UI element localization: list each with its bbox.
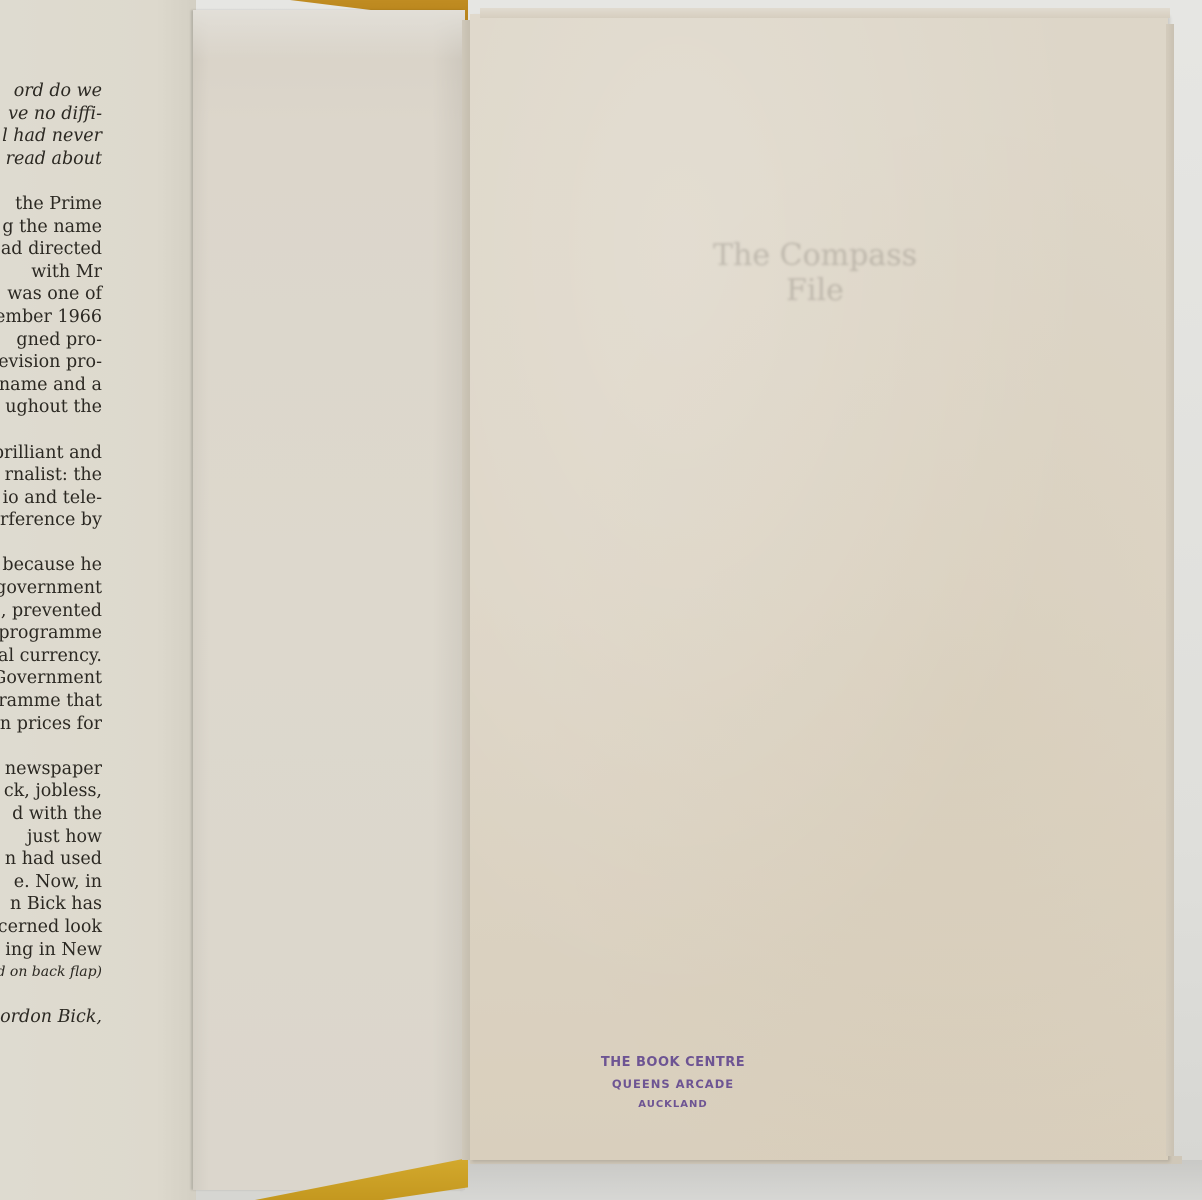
front-endpaper	[193, 10, 465, 1190]
flap-text-line: government	[0, 577, 102, 600]
flap-text-line: rnalist: the	[0, 464, 102, 487]
flap-text-line: g the name	[0, 216, 102, 239]
stamp-line-3: AUCKLAND	[588, 1099, 758, 1117]
flap-text-line: just how	[0, 826, 102, 849]
flap-text-line: ramme that	[0, 690, 102, 713]
faded-title-text: The Compass File	[685, 238, 945, 308]
flap-text-line	[0, 419, 102, 442]
flap-text-line: rference by	[0, 509, 102, 532]
flap-text-line: name and a	[0, 374, 102, 397]
dust-jacket-flap: ord do weve no diffi-l had neverread abo…	[0, 0, 196, 1200]
flap-text-line: e. Now, in	[0, 871, 102, 894]
flap-text-line: l newspaper	[0, 758, 102, 781]
flap-text-line: Government	[0, 667, 102, 690]
stamp-line-1: THE BOOK CENTRE	[588, 1055, 758, 1077]
flap-text-line: ember 1966	[0, 306, 102, 329]
flap-blurb-text: ord do weve no diffi-l had neverread abo…	[0, 80, 102, 1029]
bookseller-stamp: THE BOOK CENTRE QUEENS ARCADE AUCKLAND	[588, 1055, 758, 1117]
flap-text-line: , prevented	[0, 600, 102, 623]
flap-text-line: cerned look	[0, 916, 102, 939]
flap-text-line	[0, 170, 102, 193]
flap-text-line: brilliant and	[0, 442, 102, 465]
flap-text-line: ck, jobless,	[0, 780, 102, 803]
endpaper-top-tone	[193, 10, 465, 60]
flap-text-line: evision pro-	[0, 351, 102, 374]
flap-text-line: ordon Bick,	[0, 1006, 102, 1029]
open-book-photo: ord do weve no diffi-l had neverread abo…	[0, 0, 1202, 1200]
flap-text-line: d on back flap)	[0, 961, 102, 984]
table-shadow	[460, 1160, 1202, 1200]
flap-text-line: ing in New	[0, 939, 102, 962]
flap-text-line: because he	[0, 554, 102, 577]
page-top-edge	[480, 8, 1170, 18]
flap-text-line: n had used	[0, 848, 102, 871]
flap-text-line: io and tele-	[0, 487, 102, 510]
flap-text-line: with Mr	[0, 261, 102, 284]
flap-text-line: ve no diffi-	[0, 103, 102, 126]
flap-text-line: was one of	[0, 283, 102, 306]
flap-text-line: the Prime	[0, 193, 102, 216]
stamp-line-2: QUEENS ARCADE	[588, 1077, 758, 1099]
flap-text-line: d with the	[0, 803, 102, 826]
flap-text-line: gned pro-	[0, 329, 102, 352]
flap-text-line: read about	[0, 148, 102, 171]
flap-text-line: l had never	[0, 125, 102, 148]
flap-text-line: al currency.	[0, 645, 102, 668]
flap-text-line	[0, 532, 102, 555]
half-title-page: The Compass File THE BOOK CENTRE QUEENS …	[470, 14, 1168, 1160]
flap-text-line: ughout the	[0, 396, 102, 419]
flap-text-line: n Bick has	[0, 893, 102, 916]
flap-text-line	[0, 984, 102, 1007]
flap-text-line	[0, 735, 102, 758]
flap-text-line: programme	[0, 622, 102, 645]
page-fore-edge	[1166, 24, 1174, 1156]
flap-text-line: n prices for	[0, 713, 102, 736]
flap-text-line: ad directed	[0, 238, 102, 261]
flap-text-line: ord do we	[0, 80, 102, 103]
